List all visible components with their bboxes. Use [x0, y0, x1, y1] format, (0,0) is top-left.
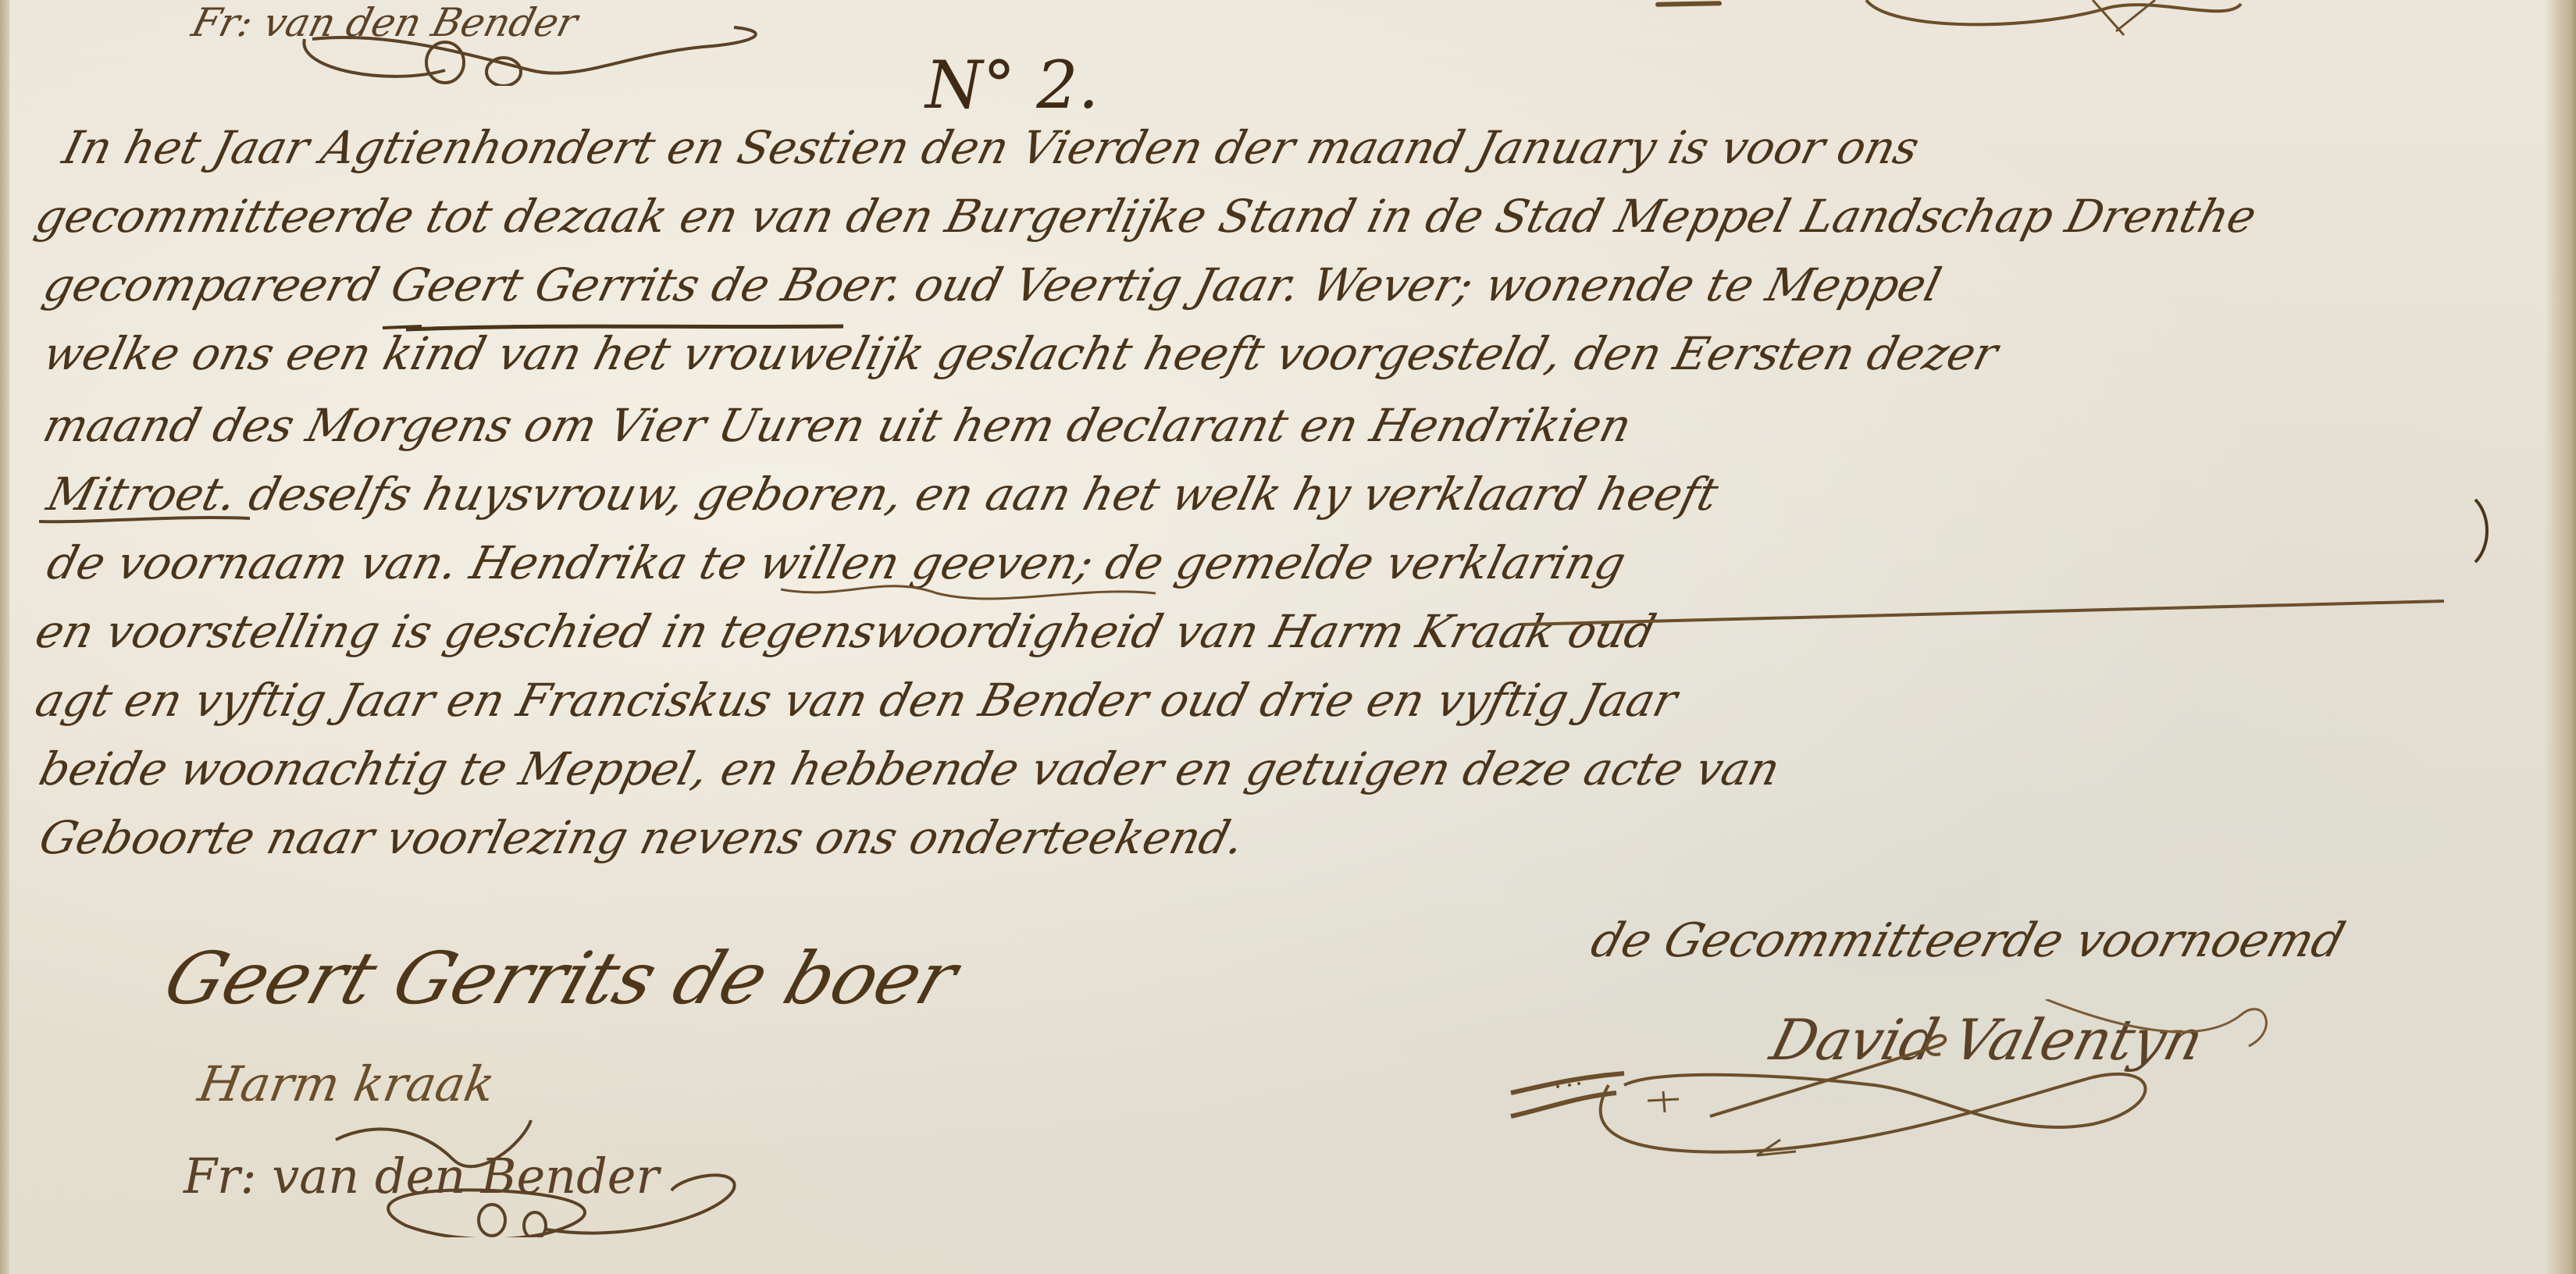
- body-line-2: gecommitteerde tot dezaak en van den Bur…: [31, 194, 2261, 239]
- signature-official: David Valentyn: [1765, 1007, 2211, 1073]
- signature-witness-1: Harm kraak: [194, 1055, 500, 1112]
- body-line-4: welke ons een kind van het vrouwelijk ge…: [39, 331, 2002, 376]
- body-line-11: Geboorte naar voorlezing nevens ons onde…: [35, 815, 1249, 860]
- body-line-6: Mitroet. deselfs huysvrouw, geboren, en …: [43, 472, 1723, 517]
- body-line-1: In het Jaar Agtienhondert en Sestien den…: [59, 125, 1923, 170]
- document-page: Fr: van den Bender N° 2. In het Jaar Agt…: [0, 0, 2576, 1274]
- page-binding-edge: [2545, 0, 2576, 1274]
- official-title: de Gecommitteerde voornoemd: [1585, 913, 2351, 968]
- signature-father: Geert Gerrits de boer: [155, 937, 967, 1020]
- record-number: N° 2.: [925, 47, 1099, 123]
- signature-witness-2: Fr: van den Bender: [183, 1148, 659, 1205]
- body-line-7: de voornaam van. Hendrika te willen geev…: [43, 540, 1630, 585]
- body-line-3-text: gecompareerd Geert Gerrits de Boer. oud …: [38, 258, 1947, 311]
- previous-record-signature: Fr: van den Bender: [187, 0, 583, 45]
- body-line-8: en voorstelling is geschied in tegenswoo…: [31, 609, 1660, 654]
- previous-record-flourish-stroke: [1655, 1, 1722, 6]
- page-left-edge: [0, 0, 9, 1274]
- body-line-9: agt en vyftig Jaar en Franciskus van den…: [31, 678, 1682, 723]
- previous-official-flourish: [1858, 0, 2264, 39]
- body-line-5: maand des Morgens om Vier Uuren uit hem …: [39, 403, 1636, 448]
- body-line-3: gecompareerd Geert Gerrits de Boer. oud …: [39, 262, 1946, 308]
- body-line-10: beide woonachtig te Meppel, en hebbende …: [35, 746, 1784, 792]
